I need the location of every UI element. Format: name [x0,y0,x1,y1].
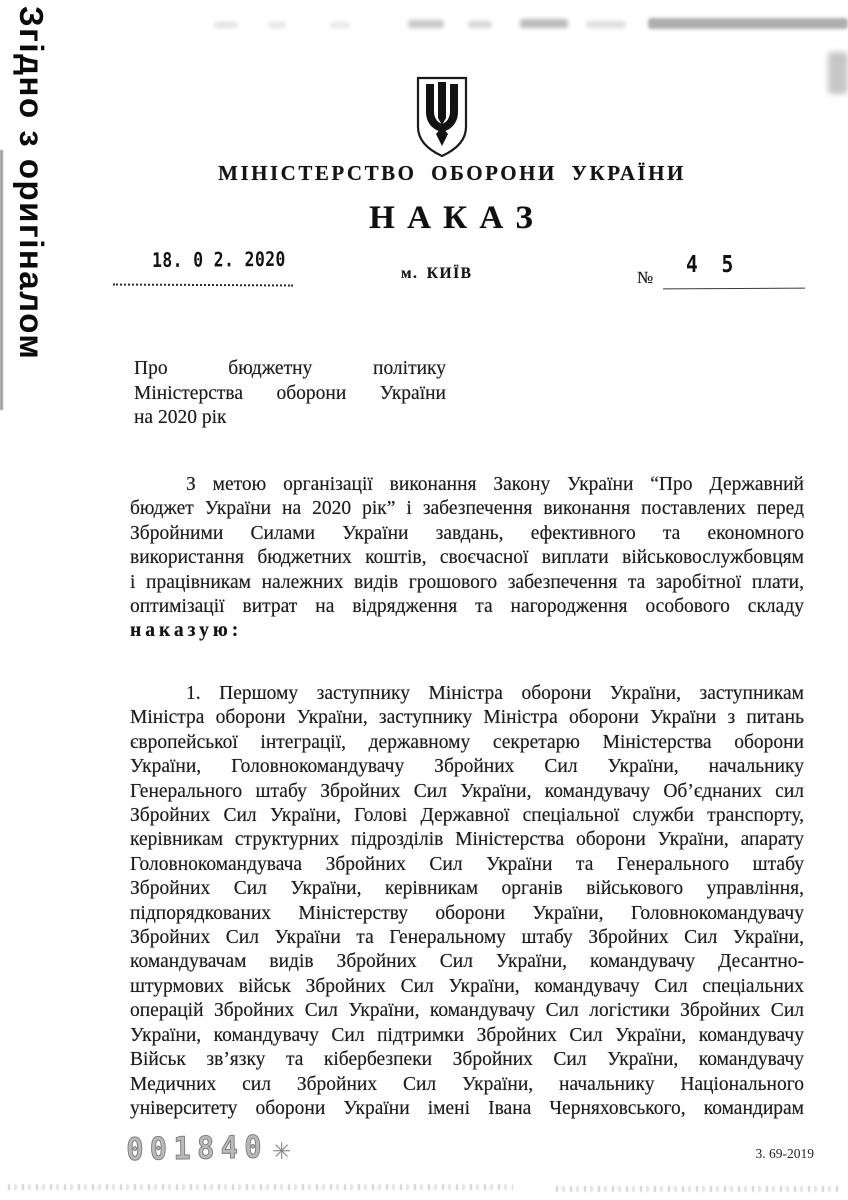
item-1-paragraph: 1. Першому заступнику Міністра оборони У… [130,682,804,1121]
city-label: м. КИЇВ [401,265,472,283]
scan-artifact [648,18,848,29]
scan-artifact [268,22,286,28]
scan-artifact [586,21,626,28]
body-line: і працівникам належних видів грошового з… [130,571,804,595]
order-title: Н А К А З [56,200,848,237]
body-line: бюджет України на 2020 рік” і забезпечен… [130,497,804,521]
scan-artifact [468,21,492,28]
body-line: України, командувачу Сил підтримки Зброй… [130,1024,804,1048]
body-line: підпорядкованих Міністерству оборони Укр… [130,902,804,926]
body-line: Медичних сил Збройних Сил України, начал… [130,1073,804,1097]
body-line: 1. Першому заступнику Міністра оборони У… [130,682,804,706]
scanned-order-document: Згідно з оригіналом МІНІСТЕРСТВО ОБОРОНИ… [0,0,848,1200]
body-line: штурмових військ Збройних Сил України, к… [130,975,804,999]
body-line: університету оборони України імені Івана… [130,1097,804,1121]
subject-line: Про бюджетну політику [134,357,446,382]
certification-stamp: Згідно з оригіналом [12,6,50,336]
body-line: Збройними Силами України завдань, ефекти… [130,522,804,546]
scan-edge-artifact [0,150,3,410]
body-line: Головнокомандувача Збройних Сил України … [130,853,804,877]
body-line: України, Головнокомандувачу Збройних Сил… [130,755,804,779]
subject-block: Про бюджетну політикуМіністерства оборон… [134,357,446,431]
scan-artifact [214,22,238,28]
number-sign: № [637,268,653,288]
body-line: командувачам видів Збройних Сил України,… [130,950,804,974]
body-line: З метою організації виконання Закону Укр… [130,473,804,497]
order-number: 4 5 [686,252,739,278]
form-code: 3. 69-2019 [756,1146,815,1162]
scan-noise-line [556,1186,842,1192]
body-line: оптимізації витрат на відрядження та наг… [130,595,804,619]
body-line: керівникам структурних підрозділів Мініс… [130,828,804,852]
scan-noise-line [8,1184,513,1190]
stamp-star-icon: ✳ [272,1139,291,1165]
body-line: Генерального штабу Збройних Сил України,… [130,780,804,804]
body-line: європейської інтеграції, державному секр… [130,731,804,755]
preamble-paragraph: З метою організації виконання Закону Укр… [130,473,804,619]
ukraine-trident-emblem-icon [414,75,470,159]
body-line: Міністра оборони України, заступнику Мін… [130,706,804,730]
scan-artifact [330,22,350,28]
body-line: операцій Збройних Сил України, командува… [130,999,804,1023]
scan-artifact [520,19,568,28]
scan-artifact [408,20,444,28]
body-line: Збройних Сил України, Голові Державної с… [130,804,804,828]
subject-line: на 2020 рік [134,406,446,431]
ministry-title: МІНІСТЕРСТВО ОБОРОНИ УКРАЇНИ [56,161,848,186]
registration-stamp-number: 001840 [126,1129,268,1168]
body-line: використання бюджетних коштів, своєчасно… [130,546,804,570]
body-line: Військ зв’язку та кібербезпеки Збройних … [130,1048,804,1072]
date-stamp: 18. 0 2. 2020 [152,247,286,272]
number-underline [663,288,805,290]
subject-line: Міністерства оборони України [134,382,446,407]
date-underline [113,284,293,287]
body-line: Збройних Сил України та Генеральному шта… [130,926,804,950]
body-line: Збройних Сил України, керівникам органів… [130,877,804,901]
scan-artifact [828,52,848,94]
decree-word: наказую: [130,620,242,642]
